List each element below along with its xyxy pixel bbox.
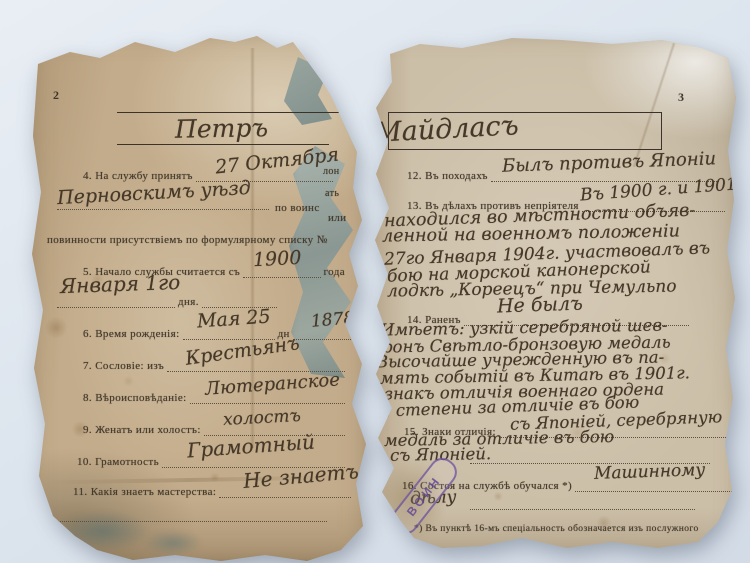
dotted-rule — [219, 496, 351, 498]
page-number: 3 — [678, 90, 684, 105]
stain — [55, 510, 150, 552]
first-name-entry: Петръ — [175, 113, 268, 144]
field-8-label: 8. Вѣроисповѣданіе: — [83, 392, 187, 404]
field-16-value: Машинному — [594, 460, 706, 484]
dotted-rule — [293, 338, 351, 340]
field-4-line3: повинности присутствіемъ по формулярному… — [47, 234, 328, 246]
field-5-value: 1900 — [252, 247, 301, 272]
dotted-rule — [57, 306, 175, 308]
dotted-rule — [57, 208, 269, 210]
field-6-label: 6. Время рожденія: — [83, 328, 180, 340]
field-10-label: 10. Грамотность — [77, 456, 159, 468]
document-photo: 2 Петръ 4. На службу принятъ 27 Октября … — [0, 0, 750, 563]
field-5-value-line2: Января 1го — [60, 270, 181, 298]
right-page: 3 Майдласъ 12. Въ походахъ Былъ противъ … — [362, 30, 740, 560]
field-6-year: 1878 — [310, 308, 355, 332]
field-11-label: 11. Какія знаетъ мастерства: — [73, 486, 216, 498]
dotted-rule — [470, 508, 695, 510]
field-9-value: холостъ — [223, 406, 302, 430]
field-5-suffix: года — [324, 266, 346, 278]
dotted-rule — [243, 276, 320, 278]
field-14-value: Не былъ — [497, 293, 583, 318]
left-page: 2 Петръ 4. На службу принятъ 27 Октября … — [25, 28, 370, 563]
print-fragment: по воинс — [275, 202, 320, 214]
page-number: 2 — [53, 88, 59, 103]
stain — [143, 530, 203, 556]
footnote: *) Въ пунктѣ 16-мъ спеціальность обознач… — [414, 524, 699, 534]
field-5-suffix2: дня. — [178, 296, 199, 308]
dotted-rule — [575, 490, 732, 492]
field-12-label: 12. Въ походахъ — [407, 170, 488, 182]
field-9-label: 9. Женатъ или холостъ: — [83, 424, 201, 436]
name-rule-bottom — [117, 144, 329, 145]
print-fragment: лон — [323, 166, 340, 177]
field-7-label: 7. Сословіе: изъ — [83, 360, 164, 372]
print-fragment: ать — [325, 188, 339, 199]
dotted-rule — [190, 402, 345, 404]
print-fragment: или — [328, 212, 346, 224]
damage-patch — [280, 53, 340, 128]
dotted-rule — [55, 520, 327, 522]
